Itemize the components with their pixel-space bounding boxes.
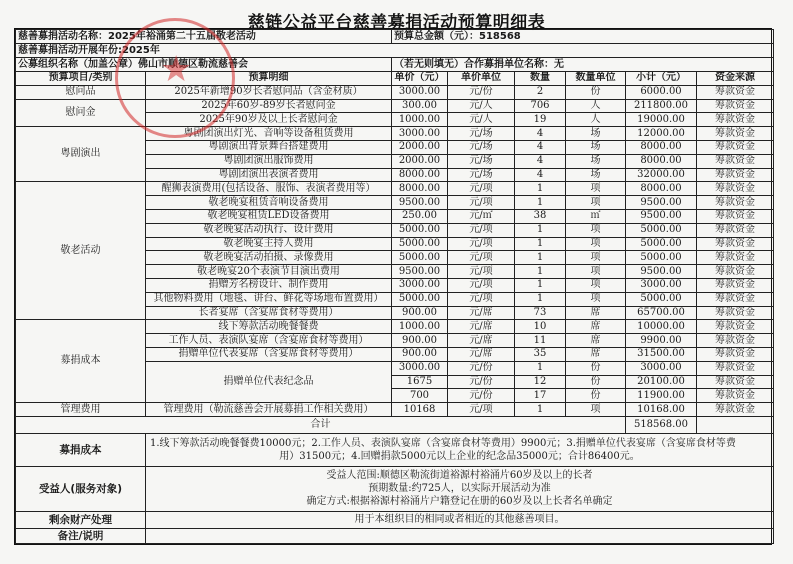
price-unit-cell: 元/场	[448, 154, 515, 168]
price-unit-cell: 元/场	[448, 140, 515, 154]
category-cell: 敬老活动	[16, 182, 146, 320]
subtotal-cell: 12000.00	[626, 127, 697, 141]
detail-cell: 敬老晚宴活动执行、设计费用	[146, 223, 392, 237]
quantity-unit-cell: 场	[566, 127, 626, 141]
quantity-cell: 73	[515, 306, 566, 320]
quantity-unit-cell: 项	[566, 196, 626, 210]
detail-cell: 2025年新增90岁长者慰问品（含金材质）	[146, 85, 392, 99]
detail-cell: 管理费用（勒流慈善会开展募捐工作相关费用）	[146, 403, 392, 417]
category-cell: 慰问金	[16, 99, 146, 127]
total-label: 合计	[16, 416, 626, 433]
fund-source-cell: 筹款资金	[697, 127, 774, 141]
detail-cell: 其他物料费用（地毯、讲台、鲜花等场地布置费用）	[146, 292, 392, 306]
budget-table: 慈善募捐活动名称：2025年裕涌第二十五届敬老活动 预算总金额（元）：51856…	[15, 29, 774, 544]
price-unit-cell: 元/项	[448, 182, 515, 196]
price-unit-cell: 元/项	[448, 223, 515, 237]
fundraising-cost-line-1: 1.线下筹款活动晚餐餐费10000元；2.工作人员、表演队宴席（含宴席食材等费用…	[150, 437, 769, 450]
quantity-cell: 10	[515, 320, 566, 334]
remaining-assets-row: 剩余财产处理 用于本组织目的相同或者相近的其他慈善项目。	[16, 511, 774, 528]
price-unit-cell: 元/项	[448, 265, 515, 279]
unit-price-cell: 9500.00	[392, 265, 448, 279]
price-unit-cell: 元/席	[448, 347, 515, 361]
quantity-cell: 1	[515, 292, 566, 306]
subtotal-cell: 32000.00	[626, 168, 697, 182]
subtotal-cell: 9500.00	[626, 196, 697, 210]
quantity-unit-cell: 席	[566, 334, 626, 348]
quantity-cell: 1	[515, 196, 566, 210]
quantity-cell: 1	[515, 223, 566, 237]
subtotal-cell: 5000.00	[626, 251, 697, 265]
detail-cell: 粤剧团演出服饰费用	[146, 154, 392, 168]
table-row: 慰问金2025年60岁-89岁长者慰问金300.00元/人706人211800.…	[16, 99, 774, 113]
unit-price-cell: 1000.00	[392, 320, 448, 334]
unit-price-cell: 3000.00	[392, 278, 448, 292]
fund-source-cell: 筹款资金	[697, 85, 774, 99]
table-row: 募捐成本线下筹款活动晚餐餐费1000.00元/席10席10000.00筹款资金	[16, 320, 774, 334]
quantity-cell: 17	[515, 389, 566, 403]
fund-source-cell: 筹款资金	[697, 209, 774, 223]
header-fund-source: 资金来源	[697, 72, 774, 86]
price-unit-cell: 元/席	[448, 306, 515, 320]
notes-row: 备注/说明	[16, 528, 774, 543]
subtotal-cell: 9900.00	[626, 334, 697, 348]
quantity-cell: 35	[515, 347, 566, 361]
quantity-unit-cell: ㎡	[566, 209, 626, 223]
quantity-unit-cell: 项	[566, 278, 626, 292]
detail-cell: 敬老晚宴20个表演节目演出费用	[146, 265, 392, 279]
subtotal-cell: 8000.00	[626, 154, 697, 168]
fund-source-cell: 筹款资金	[697, 223, 774, 237]
quantity-cell: 1	[515, 278, 566, 292]
budget-sheet: 慈善募捐活动名称：2025年裕涌第二十五届敬老活动 预算总金额（元）：51856…	[14, 28, 772, 545]
price-unit-cell: 元/场	[448, 168, 515, 182]
remaining-assets-label: 剩余财产处理	[16, 511, 146, 528]
fundraising-cost-label: 募捐成本	[16, 433, 146, 466]
price-unit-cell: 元/份	[448, 375, 515, 389]
quantity-cell: 19	[515, 113, 566, 127]
quantity-cell: 1	[515, 237, 566, 251]
subtotal-cell: 11900.00	[626, 389, 697, 403]
quantity-unit-cell: 项	[566, 223, 626, 237]
subtotal-cell: 20100.00	[626, 375, 697, 389]
unit-price-cell: 900.00	[392, 334, 448, 348]
subtotal-cell: 10168.00	[626, 403, 697, 417]
quantity-cell: 38	[515, 209, 566, 223]
unit-price-cell: 9500.00	[392, 196, 448, 210]
fund-source-cell: 筹款资金	[697, 99, 774, 113]
detail-cell: 2025年60岁-89岁长者慰问金	[146, 99, 392, 113]
beneficiaries-text: 受益人范围:顺德区勒流街道裕源村裕涌片60岁及以上的长者 预期数量:约725人，…	[146, 466, 774, 511]
detail-cell: 敬老晚宴活动拍摄、录像费用	[146, 251, 392, 265]
unit-price-cell: 5000.00	[392, 251, 448, 265]
fund-source-cell: 筹款资金	[697, 361, 774, 375]
partner-name: （若无则填无）合作募捐单位名称：无	[392, 58, 774, 72]
header-detail: 预算明细	[146, 72, 392, 86]
quantity-unit-cell: 份	[566, 375, 626, 389]
price-unit-cell: 元/人	[448, 99, 515, 113]
activity-name: 慈善募捐活动名称：2025年裕涌第二十五届敬老活动	[16, 30, 392, 44]
price-unit-cell: 元/项	[448, 292, 515, 306]
category-cell: 募捐成本	[16, 320, 146, 403]
category-cell: 管理费用	[16, 403, 146, 417]
quantity-unit-cell: 场	[566, 168, 626, 182]
quantity-cell: 11	[515, 334, 566, 348]
header-quantity-unit: 数量单位	[566, 72, 626, 86]
unit-price-cell: 1000.00	[392, 113, 448, 127]
unit-price-cell: 700	[392, 389, 448, 403]
quantity-unit-cell: 人	[566, 113, 626, 127]
fund-source-cell: 筹款资金	[697, 320, 774, 334]
price-unit-cell: 元/项	[448, 251, 515, 265]
subtotal-cell: 5000.00	[626, 223, 697, 237]
header-category: 预算项目/类别	[16, 72, 146, 86]
detail-cell: 敬老晚宴租赁音响设备费用	[146, 196, 392, 210]
fundraising-cost-text: 1.线下筹款活动晚餐餐费10000元；2.工作人员、表演队宴席（含宴席食材等费用…	[146, 433, 774, 466]
beneficiaries-line-3: 确定方式:根据裕源村裕涌片户籍登记在册的60岁及以上长者名单确定	[150, 495, 769, 508]
detail-cell: 工作人员、表演队宴席（含宴席食材等费用）	[146, 334, 392, 348]
unit-price-cell: 2000.00	[392, 154, 448, 168]
subtotal-cell: 9500.00	[626, 265, 697, 279]
unit-price-cell: 8000.00	[392, 168, 448, 182]
subtotal-cell: 65700.00	[626, 306, 697, 320]
detail-cell: 敬老晚宴主持人费用	[146, 237, 392, 251]
organizer-name: 公募组织名称（加盖公章）佛山市顺德区勒流慈善会	[16, 58, 392, 72]
fund-source-cell: 筹款资金	[697, 403, 774, 417]
quantity-unit-cell: 项	[566, 182, 626, 196]
table-row: 管理费用管理费用（勒流慈善会开展募捐工作相关费用）10168元/项1项10168…	[16, 403, 774, 417]
price-unit-cell: 元/项	[448, 196, 515, 210]
detail-cell: 捐赠单位代表纪念品	[146, 361, 392, 402]
fund-source-cell: 筹款资金	[697, 278, 774, 292]
quantity-cell: 4	[515, 140, 566, 154]
total-budget: 预算总金额（元）：518568	[392, 30, 774, 44]
price-unit-cell: 元/席	[448, 334, 515, 348]
detail-cell: 敬老晚宴租赁LED设备费用	[146, 209, 392, 223]
detail-cell: 捐赠芳名榜设计、制作费用	[146, 278, 392, 292]
subtotal-cell: 8000.00	[626, 182, 697, 196]
unit-price-cell: 1675	[392, 375, 448, 389]
price-unit-cell: 元/席	[448, 320, 515, 334]
fund-source-cell: 筹款资金	[697, 375, 774, 389]
detail-cell: 醒狮表演费用(包括设备、服饰、表演者费用等）	[146, 182, 392, 196]
category-cell: 粤剧演出	[16, 127, 146, 182]
subtotal-cell: 5000.00	[626, 237, 697, 251]
fundraising-cost-line-2: 用）31500元；4.回赠捐款5000元以上企业的纪念品35000元；合计864…	[150, 450, 769, 463]
subtotal-cell: 31500.00	[626, 347, 697, 361]
fund-source-cell: 筹款资金	[697, 334, 774, 348]
subtotal-cell: 3000.00	[626, 278, 697, 292]
quantity-cell: 4	[515, 168, 566, 182]
fund-source-cell: 筹款资金	[697, 237, 774, 251]
detail-cell: 2025年90岁及以上长者慰问金	[146, 113, 392, 127]
unit-price-cell: 3000.00	[392, 127, 448, 141]
subtotal-cell: 9500.00	[626, 209, 697, 223]
beneficiaries-line-2: 预期数量:约725人，以实际开展活动为准	[150, 482, 769, 495]
header-subtotal: 小计（元）	[626, 72, 697, 86]
total-row: 合计 518568.00	[16, 416, 774, 433]
quantity-cell: 1	[515, 265, 566, 279]
table-row: 慰问品2025年新增90岁长者慰问品（含金材质）3000.00元/份2份6000…	[16, 85, 774, 99]
notes-label: 备注/说明	[16, 528, 146, 543]
subtotal-cell: 6000.00	[626, 85, 697, 99]
detail-cell: 捐赠单位代表宴席（含宴席食材等费用）	[146, 347, 392, 361]
unit-price-cell: 5000.00	[392, 237, 448, 251]
quantity-cell: 1	[515, 361, 566, 375]
header-unit-price: 单价（元）	[392, 72, 448, 86]
quantity-cell: 1	[515, 403, 566, 417]
price-unit-cell: 元/项	[448, 278, 515, 292]
unit-price-cell: 3000.00	[392, 361, 448, 375]
price-unit-cell: 元/项	[448, 403, 515, 417]
subtotal-cell: 3000.00	[626, 361, 697, 375]
unit-price-cell: 3000.00	[392, 85, 448, 99]
table-row: 粤剧演出粤剧团演出灯光、音响等设备租赁费用3000.00元/场4场12000.0…	[16, 127, 774, 141]
subtotal-cell: 211800.00	[626, 99, 697, 113]
detail-cell: 线下筹款活动晚餐餐费	[146, 320, 392, 334]
remaining-assets-text: 用于本组织目的相同或者相近的其他慈善项目。	[146, 511, 774, 528]
quantity-unit-cell: 席	[566, 347, 626, 361]
quantity-cell: 4	[515, 154, 566, 168]
quantity-unit-cell: 份	[566, 361, 626, 375]
detail-cell: 粤剧团演出表演者费用	[146, 168, 392, 182]
price-unit-cell: 元/场	[448, 127, 515, 141]
header-price-unit: 单价单位	[448, 72, 515, 86]
beneficiaries-row: 受益人(服务对象) 受益人范围:顺德区勒流街道裕源村裕涌片60岁及以上的长者 预…	[16, 466, 774, 511]
unit-price-cell: 900.00	[392, 347, 448, 361]
subtotal-cell: 8000.00	[626, 140, 697, 154]
fund-source-cell: 筹款资金	[697, 265, 774, 279]
fund-source-cell: 筹款资金	[697, 113, 774, 127]
unit-price-cell: 10168	[392, 403, 448, 417]
unit-price-cell: 8000.00	[392, 182, 448, 196]
quantity-unit-cell: 项	[566, 265, 626, 279]
notes-text	[146, 528, 774, 543]
detail-cell: 长者宴席（含宴席食材等费用）	[146, 306, 392, 320]
fund-source-cell: 筹款资金	[697, 251, 774, 265]
quantity-cell: 4	[515, 127, 566, 141]
quantity-unit-cell: 份	[566, 389, 626, 403]
fundraising-cost-row: 募捐成本 1.线下筹款活动晚餐餐费10000元；2.工作人员、表演队宴席（含宴席…	[16, 433, 774, 466]
fund-source-cell: 筹款资金	[697, 154, 774, 168]
fund-source-cell: 筹款资金	[697, 168, 774, 182]
quantity-unit-cell: 场	[566, 140, 626, 154]
fund-source-cell: 筹款资金	[697, 182, 774, 196]
activity-year: 慈善募捐活动开展年份:2025年	[16, 44, 774, 58]
quantity-unit-cell: 项	[566, 251, 626, 265]
price-unit-cell: 元/份	[448, 389, 515, 403]
quantity-cell: 1	[515, 251, 566, 265]
quantity-unit-cell: 人	[566, 99, 626, 113]
quantity-unit-cell: 席	[566, 320, 626, 334]
detail-cell: 粤剧演出背景舞台搭建费用	[146, 140, 392, 154]
unit-price-cell: 2000.00	[392, 140, 448, 154]
price-unit-cell: 元/份	[448, 361, 515, 375]
subtotal-cell: 5000.00	[626, 292, 697, 306]
fund-source-cell: 筹款资金	[697, 347, 774, 361]
quantity-cell: 12	[515, 375, 566, 389]
total-blank	[697, 416, 774, 433]
unit-price-cell: 5000.00	[392, 292, 448, 306]
fund-source-cell: 筹款资金	[697, 196, 774, 210]
total-value: 518568.00	[626, 416, 697, 433]
unit-price-cell: 300.00	[392, 99, 448, 113]
category-cell: 慰问品	[16, 85, 146, 99]
fund-source-cell: 筹款资金	[697, 306, 774, 320]
fund-source-cell: 筹款资金	[697, 292, 774, 306]
quantity-cell: 1	[515, 182, 566, 196]
beneficiaries-line-1: 受益人范围:顺德区勒流街道裕源村裕涌片60岁及以上的长者	[150, 469, 769, 482]
price-unit-cell: 元/人	[448, 113, 515, 127]
quantity-cell: 2	[515, 85, 566, 99]
unit-price-cell: 250.00	[392, 209, 448, 223]
unit-price-cell: 5000.00	[392, 223, 448, 237]
header-quantity: 数量	[515, 72, 566, 86]
beneficiaries-label: 受益人(服务对象)	[16, 466, 146, 511]
fund-source-cell: 筹款资金	[697, 140, 774, 154]
subtotal-cell: 19000.00	[626, 113, 697, 127]
subtotal-cell: 10000.00	[626, 320, 697, 334]
table-header-row: 预算项目/类别 预算明细 单价（元） 单价单位 数量 数量单位 小计（元） 资金…	[16, 72, 774, 86]
price-unit-cell: 元/项	[448, 237, 515, 251]
fund-source-cell: 筹款资金	[697, 389, 774, 403]
unit-price-cell: 900.00	[392, 306, 448, 320]
quantity-unit-cell: 项	[566, 292, 626, 306]
quantity-unit-cell: 席	[566, 306, 626, 320]
table-row: 敬老活动醒狮表演费用(包括设备、服饰、表演者费用等）8000.00元/项1项80…	[16, 182, 774, 196]
quantity-unit-cell: 场	[566, 154, 626, 168]
quantity-unit-cell: 项	[566, 237, 626, 251]
quantity-cell: 706	[515, 99, 566, 113]
detail-cell: 粤剧团演出灯光、音响等设备租赁费用	[146, 127, 392, 141]
quantity-unit-cell: 项	[566, 403, 626, 417]
price-unit-cell: 元/份	[448, 85, 515, 99]
quantity-unit-cell: 份	[566, 85, 626, 99]
price-unit-cell: 元/㎡	[448, 209, 515, 223]
